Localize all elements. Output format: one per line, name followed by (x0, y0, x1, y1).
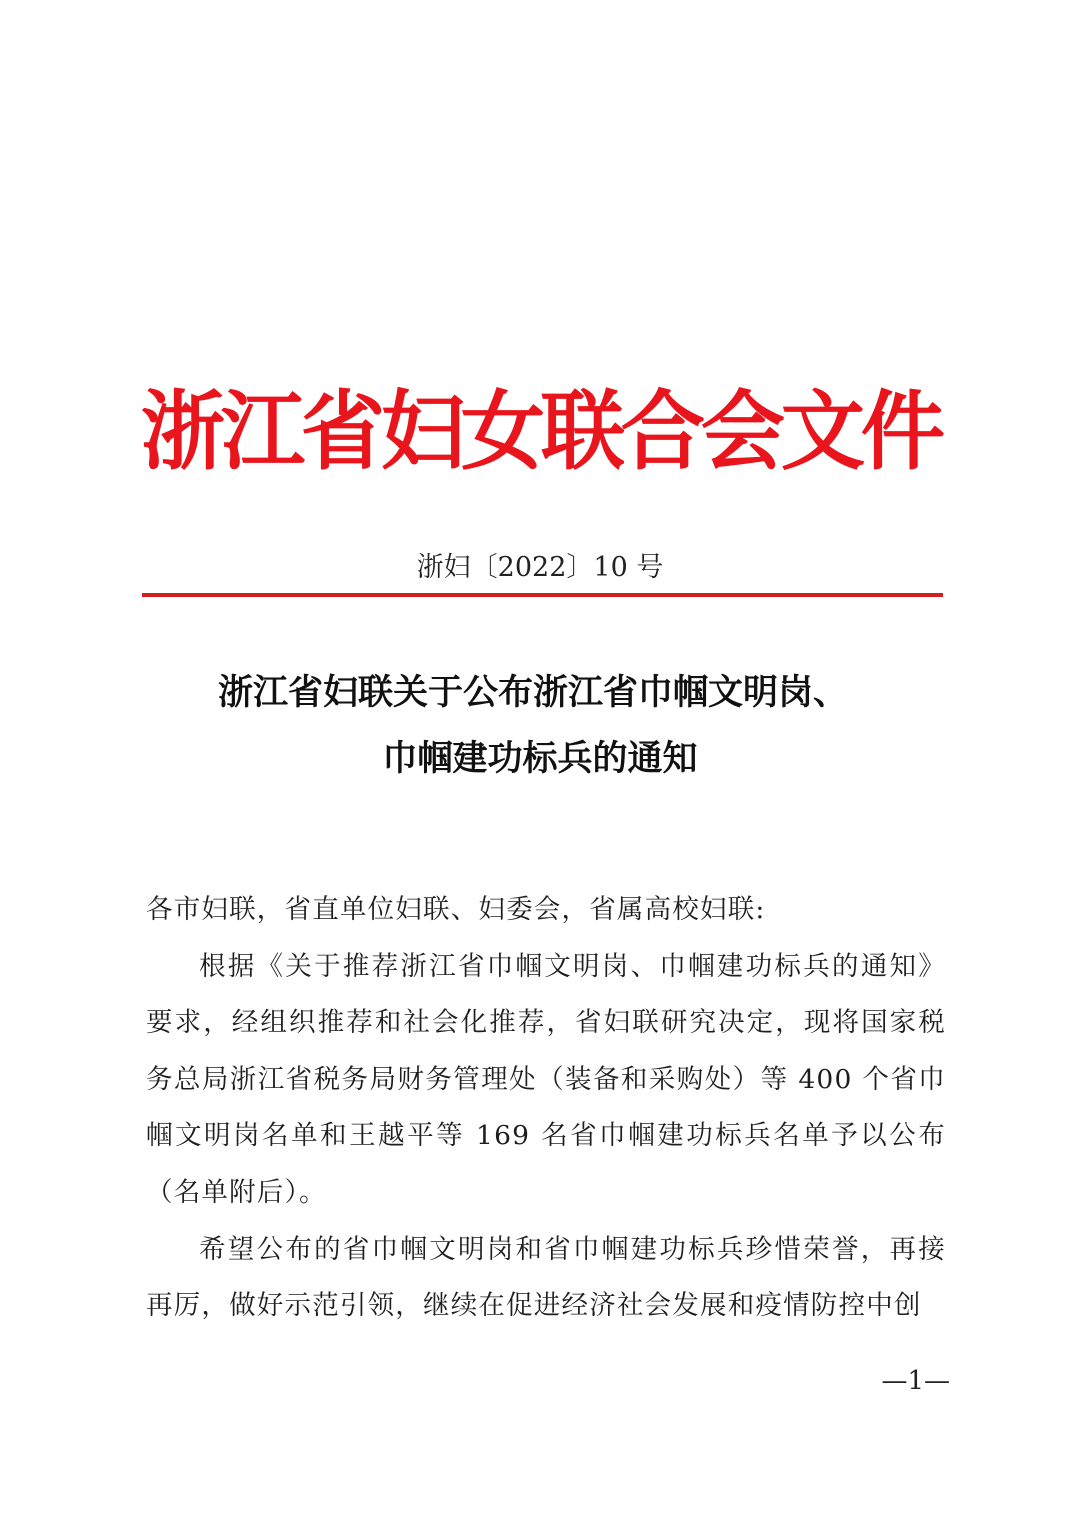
masthead-char: 女 (461, 382, 539, 482)
masthead-title: 浙 江 省 妇 女 联 合 会 文 件 (140, 382, 940, 482)
masthead-char: 文 (781, 382, 859, 482)
masthead-char: 联 (541, 382, 619, 482)
red-separator-rule (142, 593, 943, 597)
title-line-1: 浙江省妇联关于公布浙江省巾帼文明岗、 (140, 660, 940, 726)
body-paragraph: 希望公布的省巾帼文明岗和省巾帼建功标兵珍惜荣誉，再接再厉，做好示范引领，继续在促… (146, 1222, 946, 1335)
page-number: —1— (860, 1364, 950, 1398)
masthead-char: 江 (221, 382, 299, 482)
document-number: 浙妇〔2022〕10 号 (140, 548, 940, 588)
masthead-char: 会 (701, 382, 779, 482)
document-body: 各市妇联，省直单位妇联、妇委会，省属高校妇联: 根据《关于推荐浙江省巾帼文明岗、… (146, 882, 946, 1335)
title-line-2: 巾帼建功标兵的通知 (140, 726, 940, 792)
salutation: 各市妇联，省直单位妇联、妇委会，省属高校妇联: (146, 882, 946, 939)
body-paragraph: 根据《关于推荐浙江省巾帼文明岗、巾帼建功标兵的通知》要求，经组织推荐和社会化推荐… (146, 939, 946, 1222)
masthead-char: 合 (621, 382, 699, 482)
masthead-char: 件 (861, 382, 939, 482)
masthead-char: 浙 (141, 382, 219, 482)
masthead-char: 省 (301, 382, 379, 482)
masthead-char: 妇 (381, 382, 459, 482)
document-title: 浙江省妇联关于公布浙江省巾帼文明岗、 巾帼建功标兵的通知 (140, 660, 940, 792)
document-page: 浙 江 省 妇 女 联 合 会 文 件 浙妇〔2022〕10 号 浙江省妇联关于… (0, 0, 1080, 1527)
